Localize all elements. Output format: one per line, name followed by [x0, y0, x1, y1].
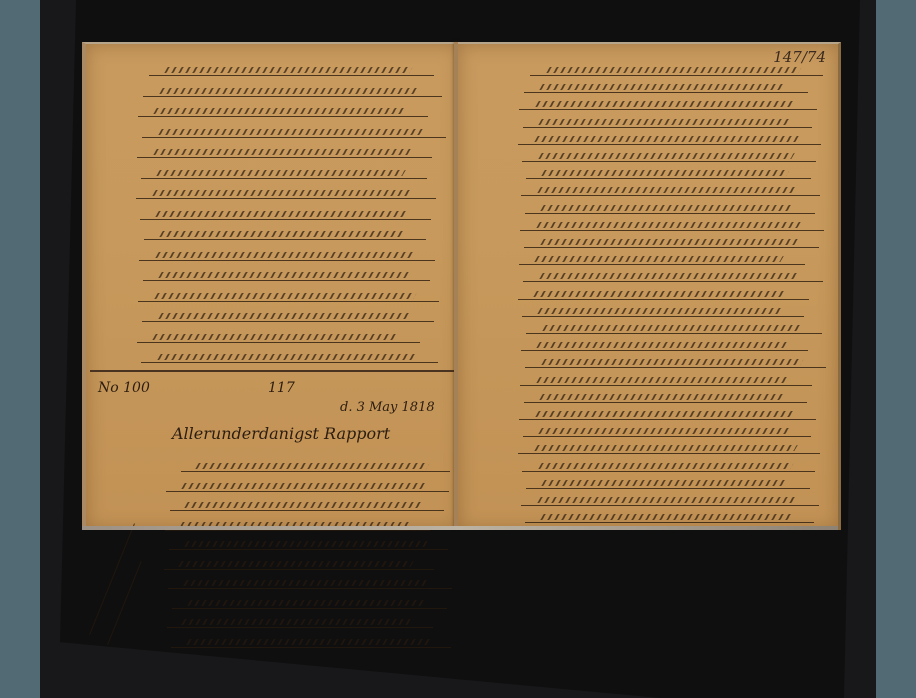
- handwritten-line: [521, 339, 808, 351]
- handwritten-line: [142, 126, 446, 138]
- handwritten-line: [140, 208, 431, 220]
- handwritten-line: [521, 184, 820, 196]
- handwritten-line: [169, 538, 448, 550]
- handwritten-line: [167, 616, 433, 628]
- handwritten-line: [526, 477, 810, 489]
- handwritten-line: [530, 64, 823, 76]
- handwritten-line: [524, 391, 807, 403]
- handwritten-line: [518, 442, 820, 454]
- handwritten-line: [139, 249, 435, 261]
- handwritten-line: [526, 167, 811, 179]
- entry-folio: 117: [268, 380, 295, 396]
- handwritten-line: [524, 81, 808, 93]
- handwritten-line: [141, 351, 438, 363]
- handwritten-line: [143, 269, 430, 281]
- handwritten-line: [149, 64, 434, 76]
- handwritten-line: [172, 597, 447, 609]
- handwritten-line: [519, 408, 816, 420]
- handwritten-line: [523, 425, 811, 437]
- handwritten-line: [138, 105, 428, 117]
- handwritten-line: [136, 187, 436, 199]
- handwritten-line: [519, 98, 817, 110]
- handwritten-line: [143, 85, 442, 97]
- page-edge: [82, 526, 838, 530]
- handwritten-line: [526, 322, 822, 334]
- handwritten-line: [522, 150, 816, 162]
- handwritten-line: [181, 460, 450, 472]
- open-book: No 100 117 d. 3 May 1818 Allerunderdanig…: [82, 42, 838, 528]
- handwritten-line: [166, 480, 449, 492]
- handwritten-line: [164, 558, 434, 570]
- handwritten-line: [521, 494, 819, 506]
- handwritten-line: [142, 310, 434, 322]
- handwritten-line: [523, 116, 812, 128]
- handwritten-line: [525, 511, 814, 523]
- handwritten-line: [520, 374, 812, 386]
- handwritten-line: [144, 228, 426, 240]
- handwritten-line: [518, 288, 809, 300]
- handwritten-line: [518, 133, 821, 145]
- handwritten-line: [170, 499, 444, 511]
- handwritten-line: [524, 236, 819, 248]
- left-page: No 100 117 d. 3 May 1818 Allerunderdanig…: [82, 42, 460, 530]
- handwritten-line: [520, 219, 824, 231]
- handwritten-line: [522, 305, 804, 317]
- right-page: 147/74: [458, 42, 841, 530]
- handwritten-line: [519, 253, 805, 265]
- entry-date: d. 3 May 1818: [340, 400, 435, 415]
- handwritten-line: [137, 146, 432, 158]
- handwritten-line: [141, 167, 427, 179]
- entry-heading: Allerunderdanigst Rapport: [172, 424, 390, 443]
- section-divider-rule: [90, 370, 456, 372]
- handwritten-line: [171, 636, 451, 648]
- margin-note: [90, 474, 160, 634]
- handwritten-line: [525, 356, 826, 368]
- handwritten-line: [137, 331, 420, 343]
- handwritten-line: [525, 202, 815, 214]
- entry-number: No 100: [98, 380, 150, 396]
- handwritten-line: [523, 270, 823, 282]
- handwritten-line: [138, 290, 439, 302]
- handwritten-line: [168, 577, 452, 589]
- handwritten-line: [522, 460, 815, 472]
